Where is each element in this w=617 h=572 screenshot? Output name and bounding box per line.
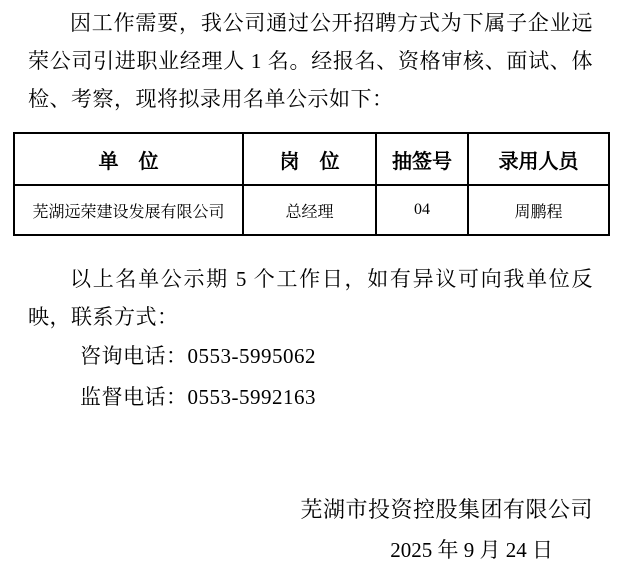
- cell-lottery-number: 04: [376, 185, 468, 235]
- table-header-lottery-number: 抽签号: [376, 133, 468, 185]
- table-header-position: 岗 位: [243, 133, 376, 185]
- consult-phone-line: 咨询电话：0553-5995062: [28, 336, 593, 377]
- consult-phone-number: 0553-5995062: [188, 344, 317, 368]
- intro-paragraph: 因工作需要，我公司通过公开招聘方式为下属子企业远荣公司引进职业经理人 1 名。经…: [28, 4, 593, 118]
- signature-company: 芜湖市投资控股集团有限公司: [28, 496, 593, 524]
- cell-unit: 芜湖远荣建设发展有限公司: [14, 185, 243, 235]
- table-header-unit: 单 位: [14, 133, 243, 185]
- table-row: 芜湖远荣建设发展有限公司 总经理 04 周鹏程: [14, 185, 609, 235]
- supervise-phone-label: 监督电话：: [80, 385, 188, 409]
- signature-date: 2025 年 9 月 24 日: [28, 536, 593, 564]
- supervise-phone-number: 0553-5992163: [188, 385, 317, 409]
- cell-position: 总经理: [243, 185, 376, 235]
- consult-phone-label: 咨询电话：: [80, 344, 188, 368]
- notice-paragraph: 以上名单公示期 5 个工作日，如有异议可向我单位反映，联系方式：: [28, 260, 593, 336]
- cell-hired-person: 周鹏程: [468, 185, 609, 235]
- table-header-hired-person: 录用人员: [468, 133, 609, 185]
- table-header-row: 单 位 岗 位 抽签号 录用人员: [14, 133, 609, 185]
- supervise-phone-line: 监督电话：0553-5992163: [28, 377, 593, 418]
- announcement-document: 因工作需要，我公司通过公开招聘方式为下属子企业远荣公司引进职业经理人 1 名。经…: [0, 0, 617, 572]
- recruitment-table: 单 位 岗 位 抽签号 录用人员 芜湖远荣建设发展有限公司 总经理 04 周鹏程: [13, 132, 610, 236]
